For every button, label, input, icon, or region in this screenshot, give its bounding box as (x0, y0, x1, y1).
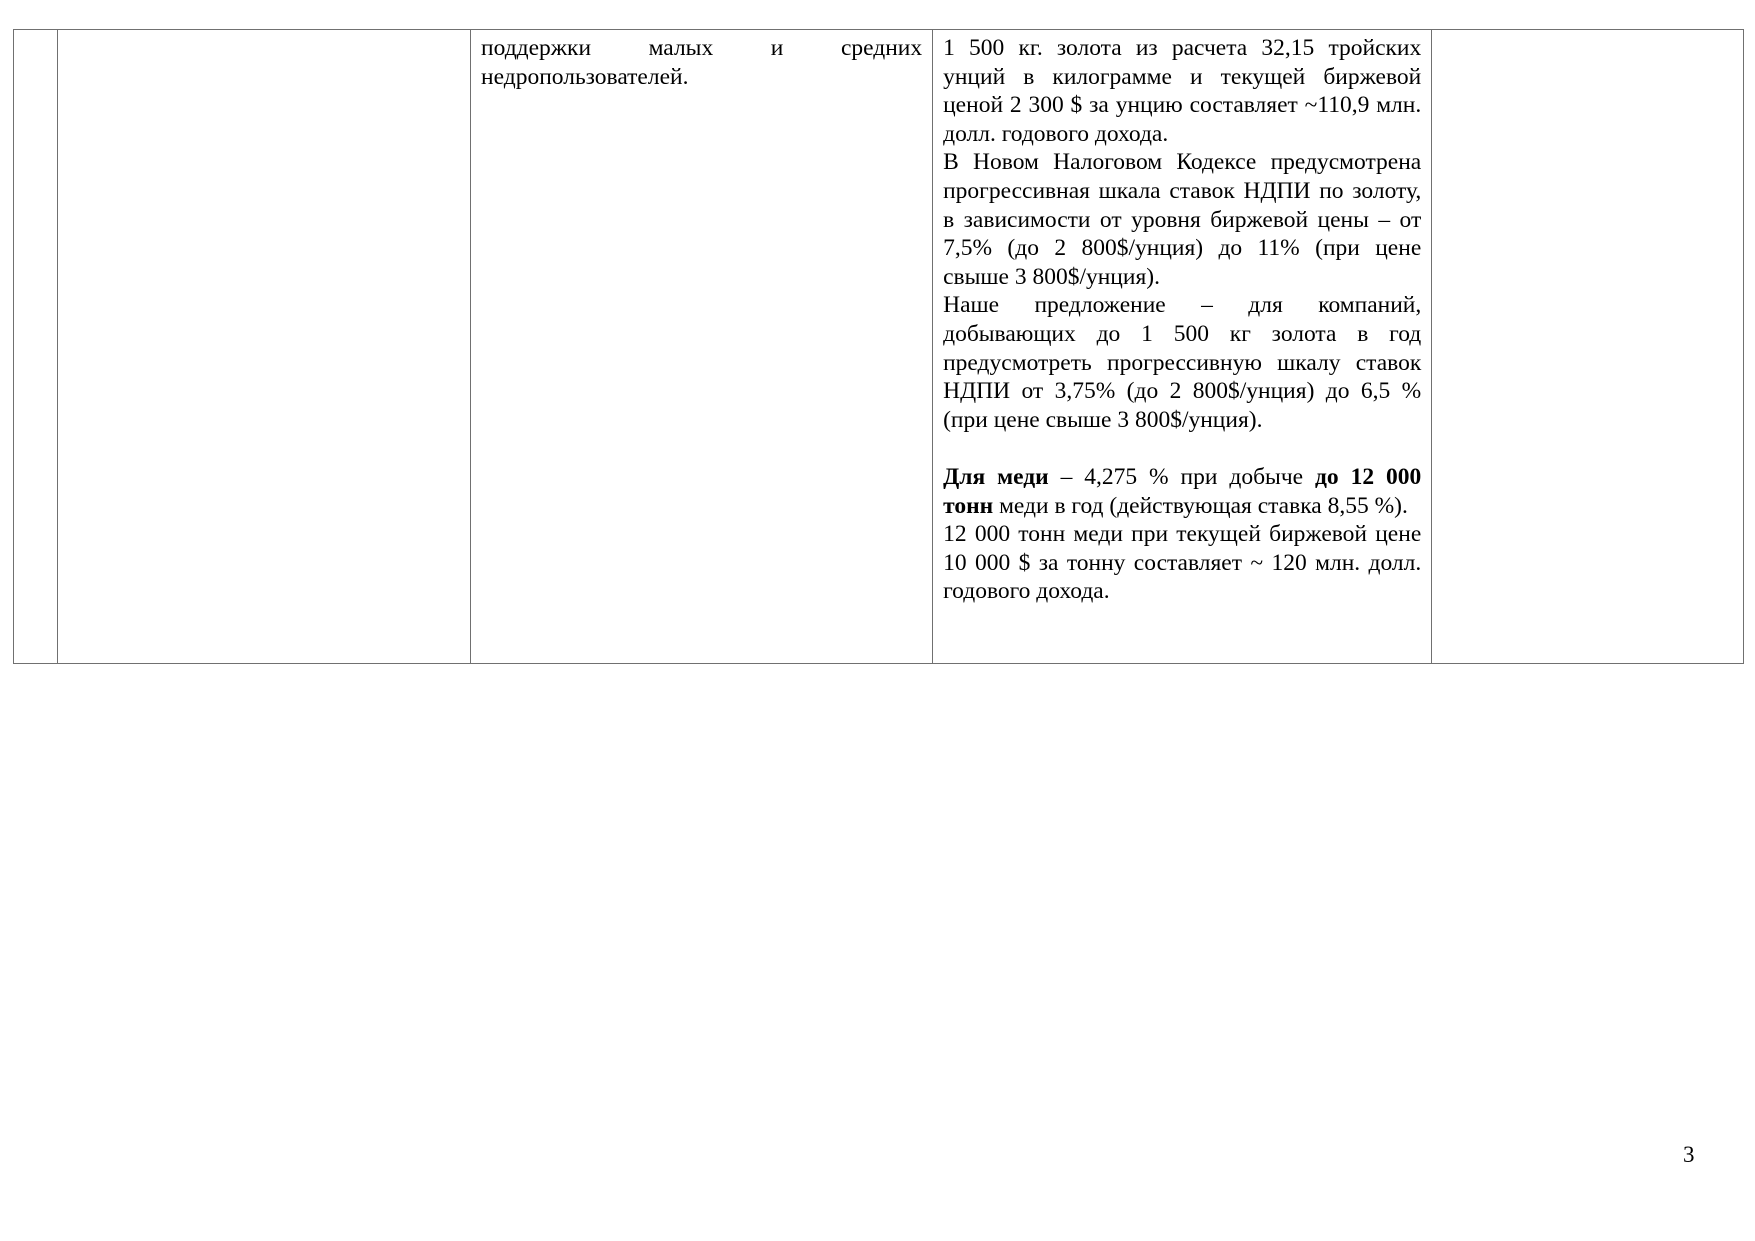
document-table: поддержки малых и средних недропользоват… (13, 29, 1744, 664)
copper-rate-text: – 4,275 % при добыче (1049, 464, 1315, 490)
new-tax-code-paragraph: В Новом Налоговом Кодексе предусмотрена … (943, 148, 1421, 291)
copper-income-paragraph: 12 000 тонн меди при текущей биржевой це… (943, 520, 1421, 606)
support-text-line-1: поддержки малых и средних (481, 34, 922, 63)
copper-rate-note: меди в год (действующая ставка 8,55 %). (993, 493, 1408, 519)
cell-article (58, 30, 471, 664)
cell-notes (1432, 30, 1744, 664)
blank-line (943, 434, 1421, 463)
cell-current-text: поддержки малых и средних недропользоват… (471, 30, 933, 664)
gold-income-paragraph: 1 500 кг. золота из расчета 32,15 тройск… (943, 34, 1421, 148)
page-number: 3 (1683, 1142, 1695, 1168)
copper-label: Для меди (943, 464, 1049, 490)
cell-justification: 1 500 кг. золота из расчета 32,15 тройск… (933, 30, 1432, 664)
proposal-paragraph: Наше предложение – для компаний, добываю… (943, 291, 1421, 434)
support-text-line-2: недропользователей. (481, 63, 922, 92)
copper-paragraph: Для меди – 4,275 % при добыче до 12 000 … (943, 463, 1421, 520)
table-row: поддержки малых и средних недропользоват… (14, 30, 1744, 664)
cell-number (14, 30, 58, 664)
